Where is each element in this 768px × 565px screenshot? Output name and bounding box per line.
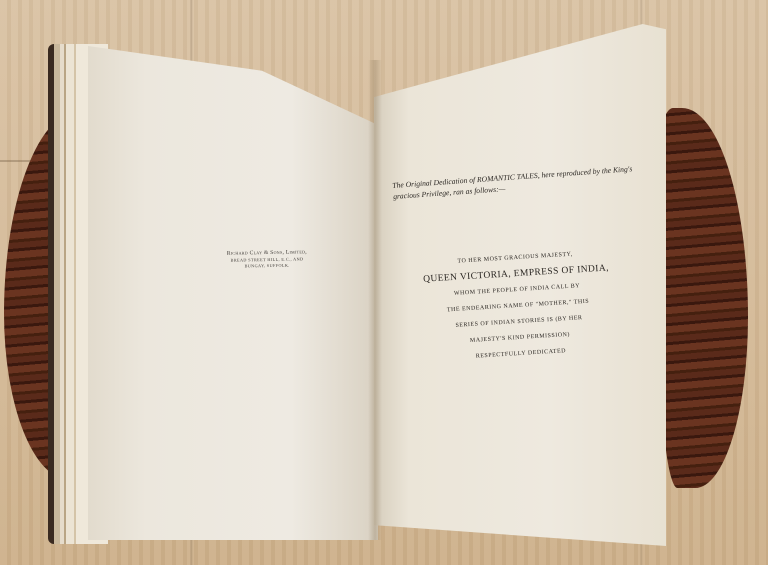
dedication-block: To Her Most Gracious Majesty, Queen Vict… bbox=[399, 243, 637, 369]
left-page bbox=[88, 46, 378, 540]
printer-imprint: Richard Clay & Sons, Limited, Bread Stre… bbox=[212, 249, 322, 269]
book-gutter bbox=[368, 60, 382, 540]
